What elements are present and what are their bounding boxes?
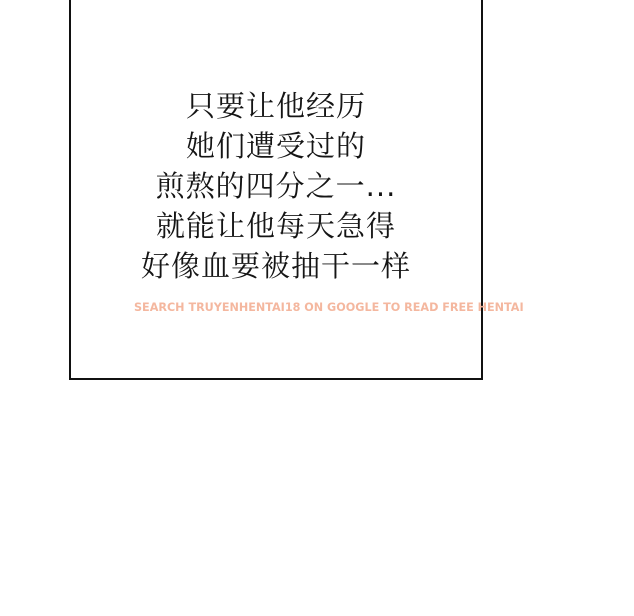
- dialogue-line: 只要让他经历: [71, 86, 481, 126]
- dialogue-text: 只要让他经历 她们遭受过的 煎熬的四分之一... 就能让他每天急得 好像血要被抽…: [71, 86, 481, 286]
- dialogue-line: 她们遭受过的: [71, 126, 481, 166]
- dialogue-line: 就能让他每天急得: [71, 206, 481, 246]
- comic-panel: 只要让他经历 她们遭受过的 煎熬的四分之一... 就能让他每天急得 好像血要被抽…: [69, 0, 483, 380]
- dialogue-line: 好像血要被抽干一样: [71, 246, 481, 286]
- dialogue-line: 煎熬的四分之一...: [71, 166, 481, 206]
- watermark-text: SEARCH TRUYENHENTAI18 ON GOOGLE TO READ …: [134, 301, 502, 314]
